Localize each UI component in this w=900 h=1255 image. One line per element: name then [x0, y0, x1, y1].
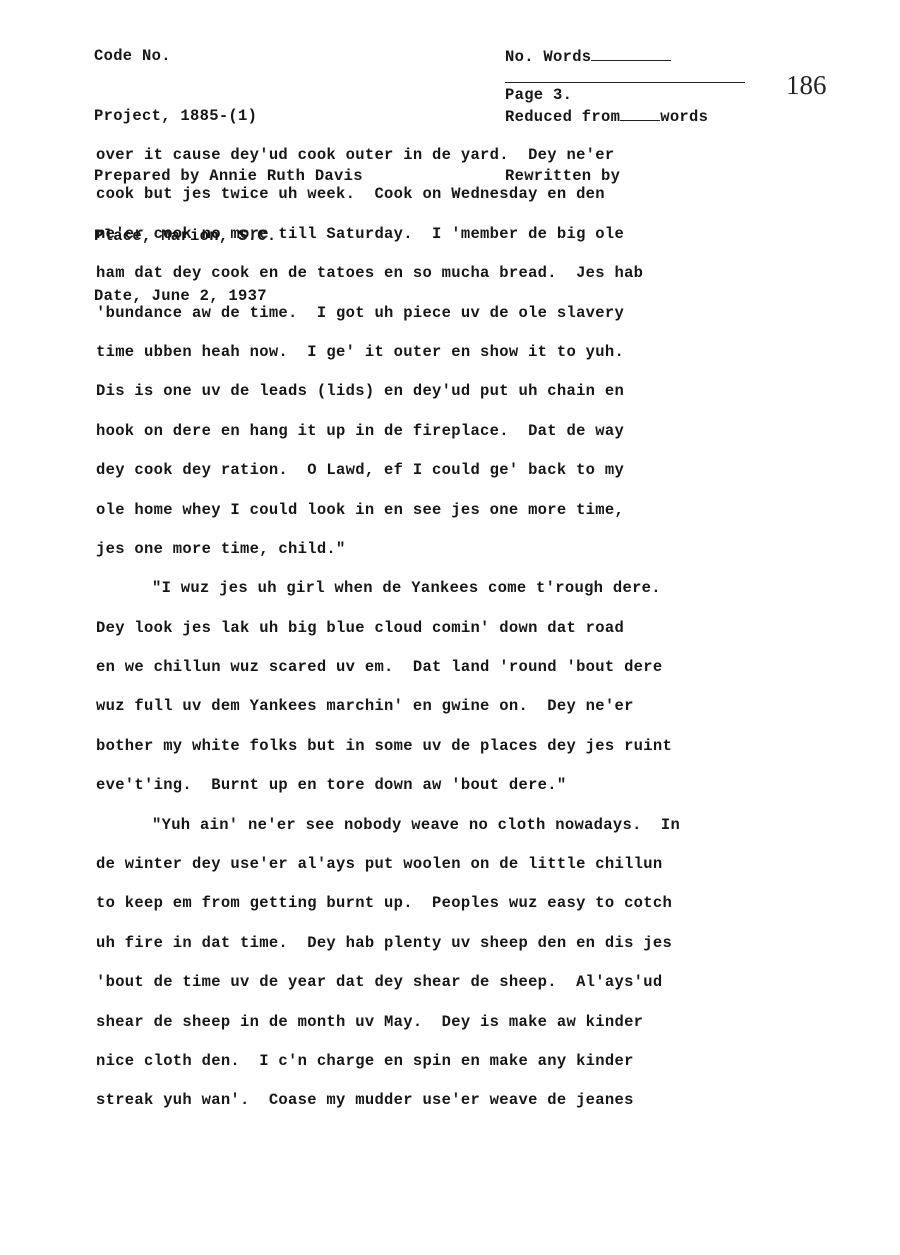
text-line: ole home whey I could look in en see jes… [96, 498, 816, 537]
reduced-words-label: words [660, 108, 708, 126]
text-line: dey cook dey ration. O Lawd, ef I could … [96, 458, 816, 497]
text-line: ham dat dey cook en de tatoes en so much… [96, 261, 816, 300]
code-no-label: Code No. [94, 46, 363, 66]
text-line: ne'er cook no more till Saturday. I 'mem… [96, 222, 816, 261]
text-line: eve't'ing. Burnt up en tore down aw 'bou… [96, 773, 816, 812]
text-line: uh fire in dat time. Dey hab plenty uv s… [96, 931, 816, 970]
text-line: Dey look jes lak uh big blue cloud comin… [96, 616, 816, 655]
text-line: wuz full uv dem Yankees marchin' en gwin… [96, 694, 816, 733]
text-line: streak yuh wan'. Coase my mudder use'er … [96, 1088, 816, 1127]
text-line: Dis is one uv de leads (lids) en dey'ud … [96, 379, 816, 418]
no-words-blank [591, 46, 671, 61]
text-line: over it cause dey'ud cook outer in de ya… [96, 143, 816, 182]
narrative-body: over it cause dey'ud cook outer in de ya… [96, 143, 816, 1128]
reduced-from-blank [620, 106, 660, 121]
text-line: de winter dey use'er al'ays put woolen o… [96, 852, 816, 891]
text-line: to keep em from getting burnt up. People… [96, 891, 816, 930]
text-line: shear de sheep in de month uv May. Dey i… [96, 1010, 816, 1049]
no-words-label: No. Words [505, 48, 591, 66]
text-line: 'bout de time uv de year dat dey shear d… [96, 970, 816, 1009]
stamped-page-number: 186 [786, 70, 827, 101]
text-line: bother my white folks but in some uv de … [96, 734, 816, 773]
header-rule [505, 82, 745, 83]
text-line: jes one more time, child." [96, 537, 816, 576]
text-line: time ubben heah now. I ge' it outer en s… [96, 340, 816, 379]
text-line: cook but jes twice uh week. Cook on Wedn… [96, 182, 816, 221]
text-line: "I wuz jes uh girl when de Yankees come … [96, 576, 816, 615]
page-number-label: Page 3. [505, 86, 572, 104]
text-line: nice cloth den. I c'n charge en spin en … [96, 1049, 816, 1088]
text-line: hook on dere en hang it up in de firepla… [96, 419, 816, 458]
no-words-row: No. Words [505, 46, 708, 66]
reduced-from-row: Reduced fromwords [505, 106, 708, 126]
text-line: en we chillun wuz scared uv em. Dat land… [96, 655, 816, 694]
text-line: 'bundance aw de time. I got uh piece uv … [96, 301, 816, 340]
reduced-from-label: Reduced from [505, 108, 620, 126]
text-line: "Yuh ain' ne'er see nobody weave no clot… [96, 813, 816, 852]
project-line: Project, 1885-(1) [94, 106, 363, 126]
document-page: Code No. Project, 1885-(1) Prepared by A… [0, 0, 900, 1255]
